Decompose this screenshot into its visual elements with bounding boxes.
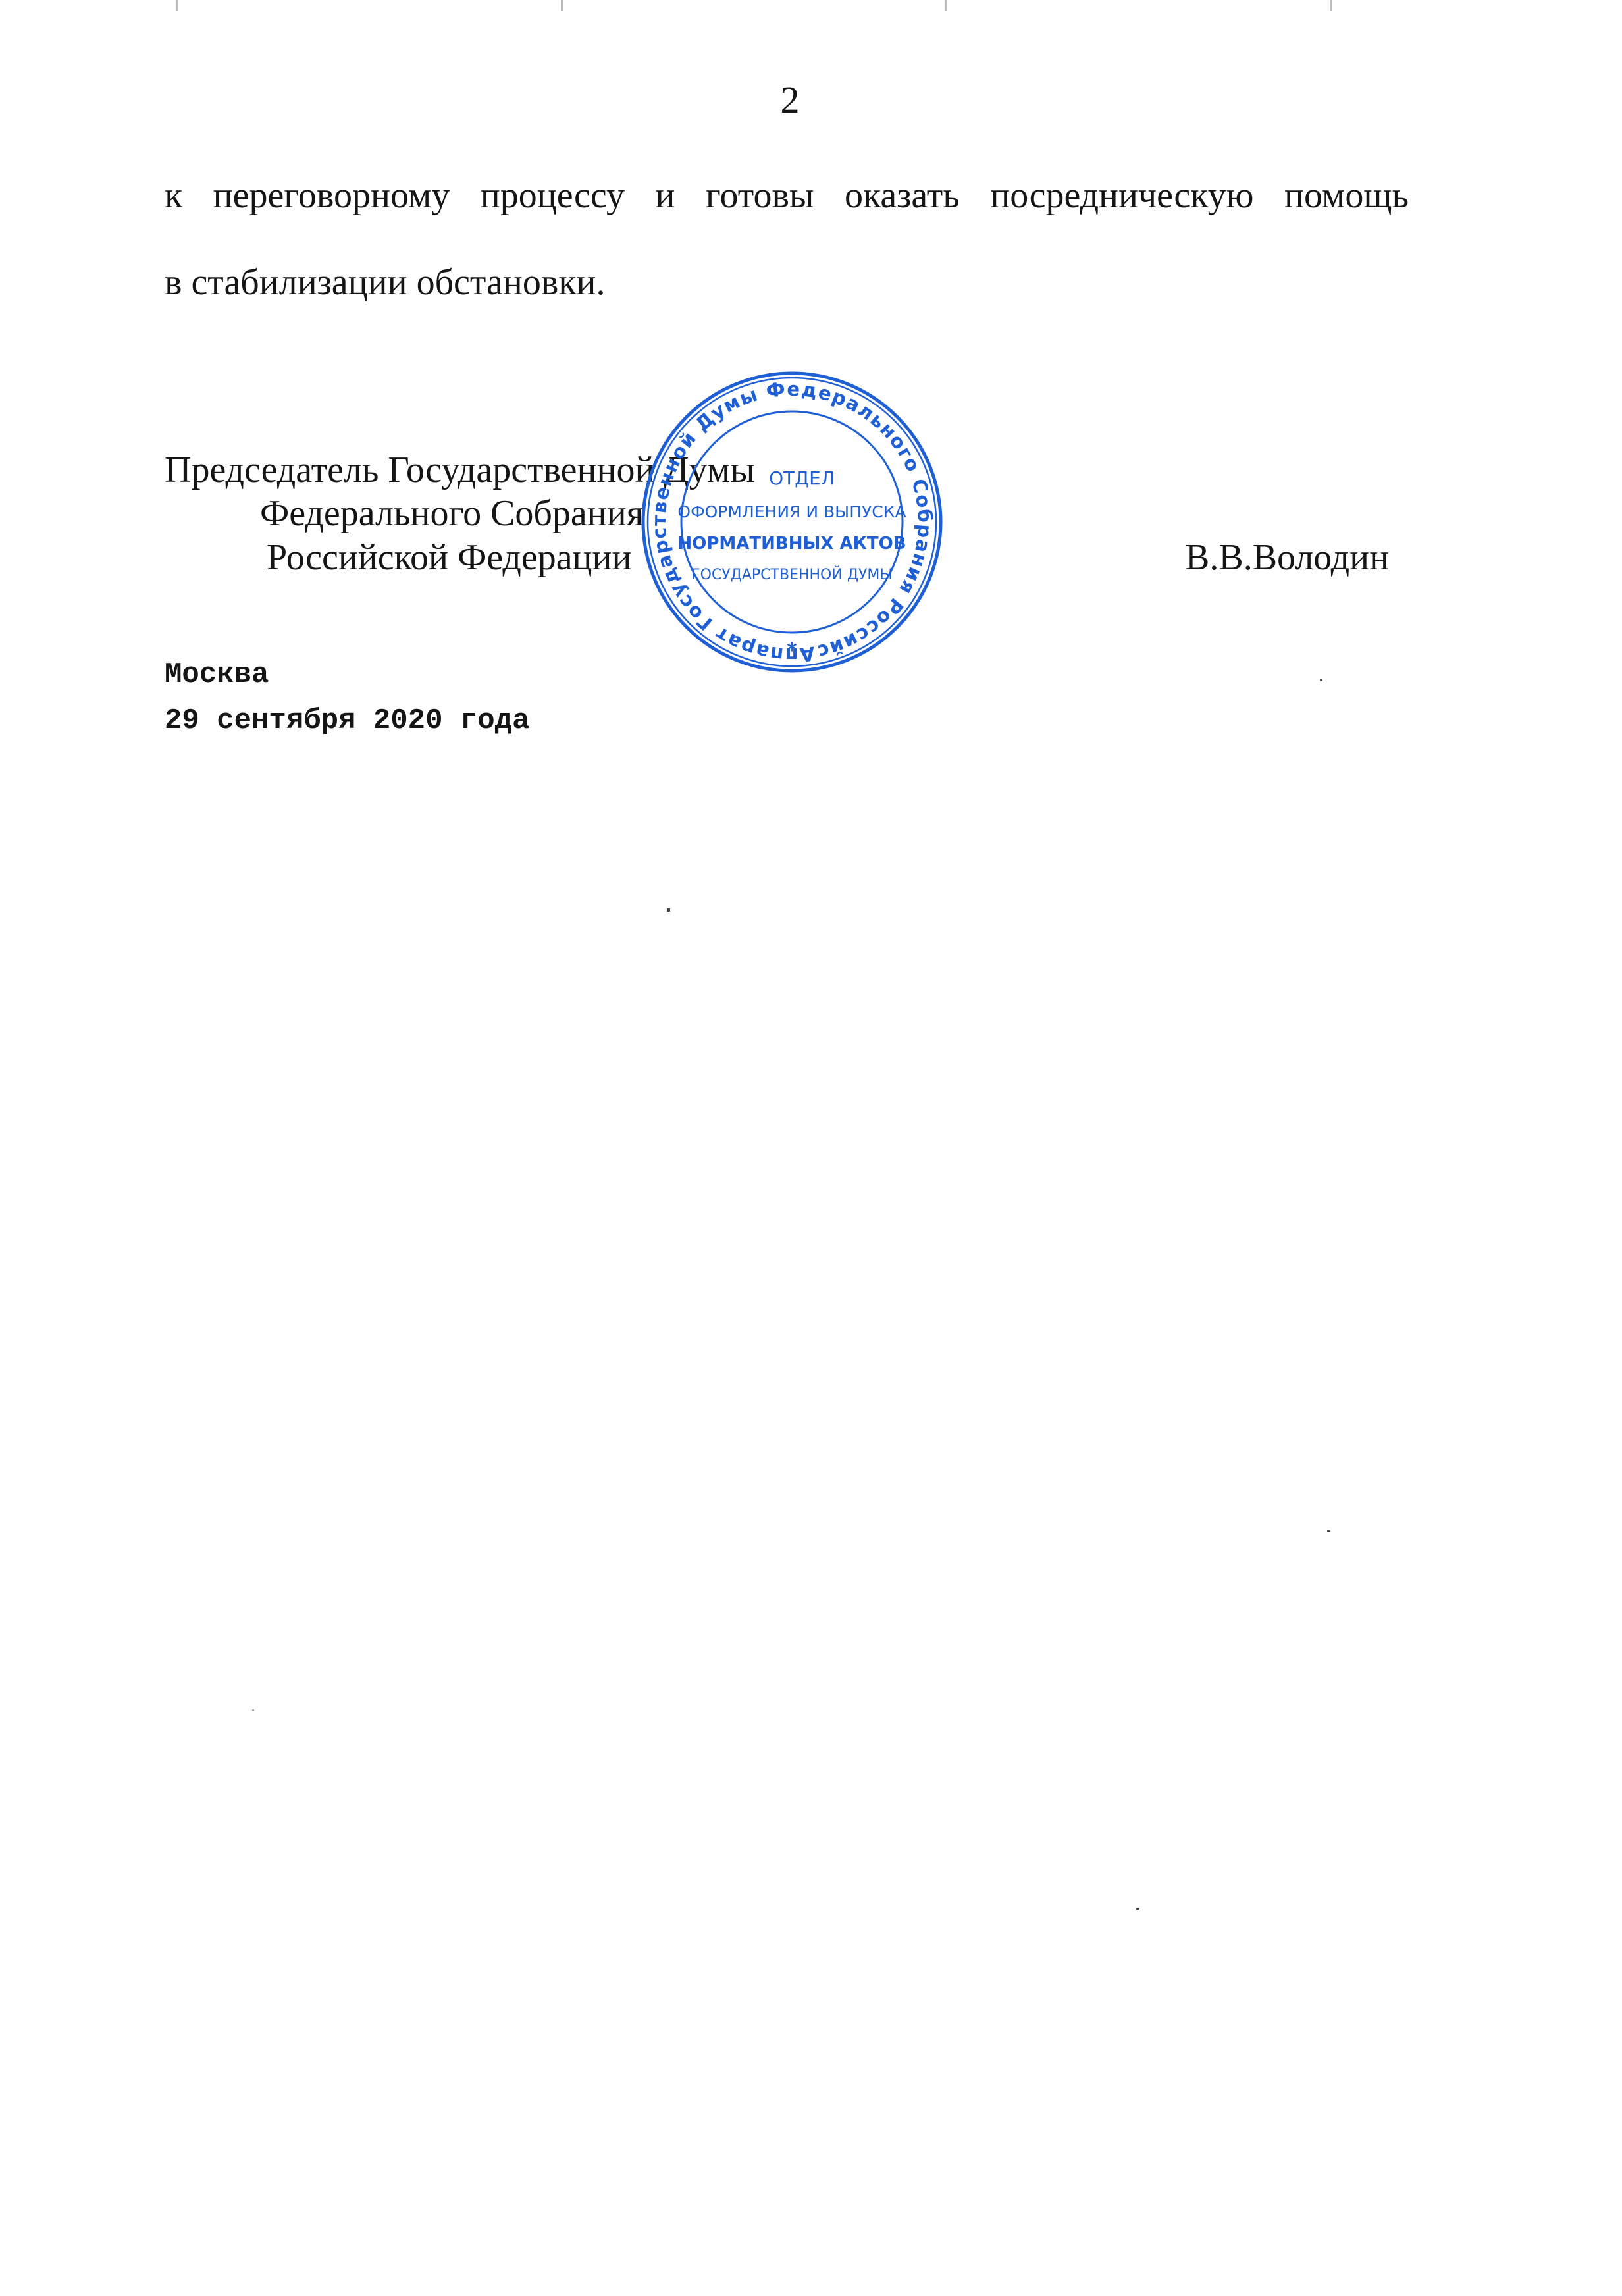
scan-mark — [561, 0, 563, 11]
stamp-seal-icon: Аппарат Государственной Думы Федеральног… — [637, 367, 947, 677]
place-of-signing: Москва — [165, 658, 269, 691]
scan-speck — [1136, 1908, 1139, 1910]
stamp-line-3: НОРМАТИВНЫХ АКТОВ — [677, 534, 906, 554]
scan-mark — [945, 0, 947, 11]
scan-mark — [176, 0, 178, 11]
scan-speck — [1320, 679, 1322, 681]
page-number: 2 — [0, 78, 1580, 122]
signatory-name: В.В.Володин — [1185, 536, 1389, 579]
scan-speck — [1327, 1530, 1330, 1532]
official-stamp: Аппарат Государственной Думы Федеральног… — [637, 367, 947, 677]
paragraph-line-2: в стабилизации обстановки. — [165, 261, 606, 303]
scan-speck — [667, 908, 670, 912]
stamp-star-icon: * — [787, 639, 797, 662]
date-of-signing: 29 сентября 2020 года — [165, 704, 530, 737]
document-page: 2 к переговорному процессу и готовы оказ… — [0, 0, 1622, 2296]
signatory-title-line-2: Федерального Собрания — [260, 492, 643, 535]
stamp-line-4: ГОСУДАРСТВЕННОЙ ДУМЫ — [691, 566, 893, 583]
stamp-line-1: ОТДЕЛ — [769, 467, 835, 489]
scan-speck — [252, 1709, 254, 1711]
paragraph-line-1: к переговорному процессу и готовы оказат… — [165, 174, 1409, 217]
signatory-title-line-3: Российской Федерации — [267, 536, 631, 579]
stamp-line-2: ОФОРМЛЕНИЯ И ВЫПУСКА — [677, 502, 906, 521]
scan-mark — [1330, 0, 1332, 11]
